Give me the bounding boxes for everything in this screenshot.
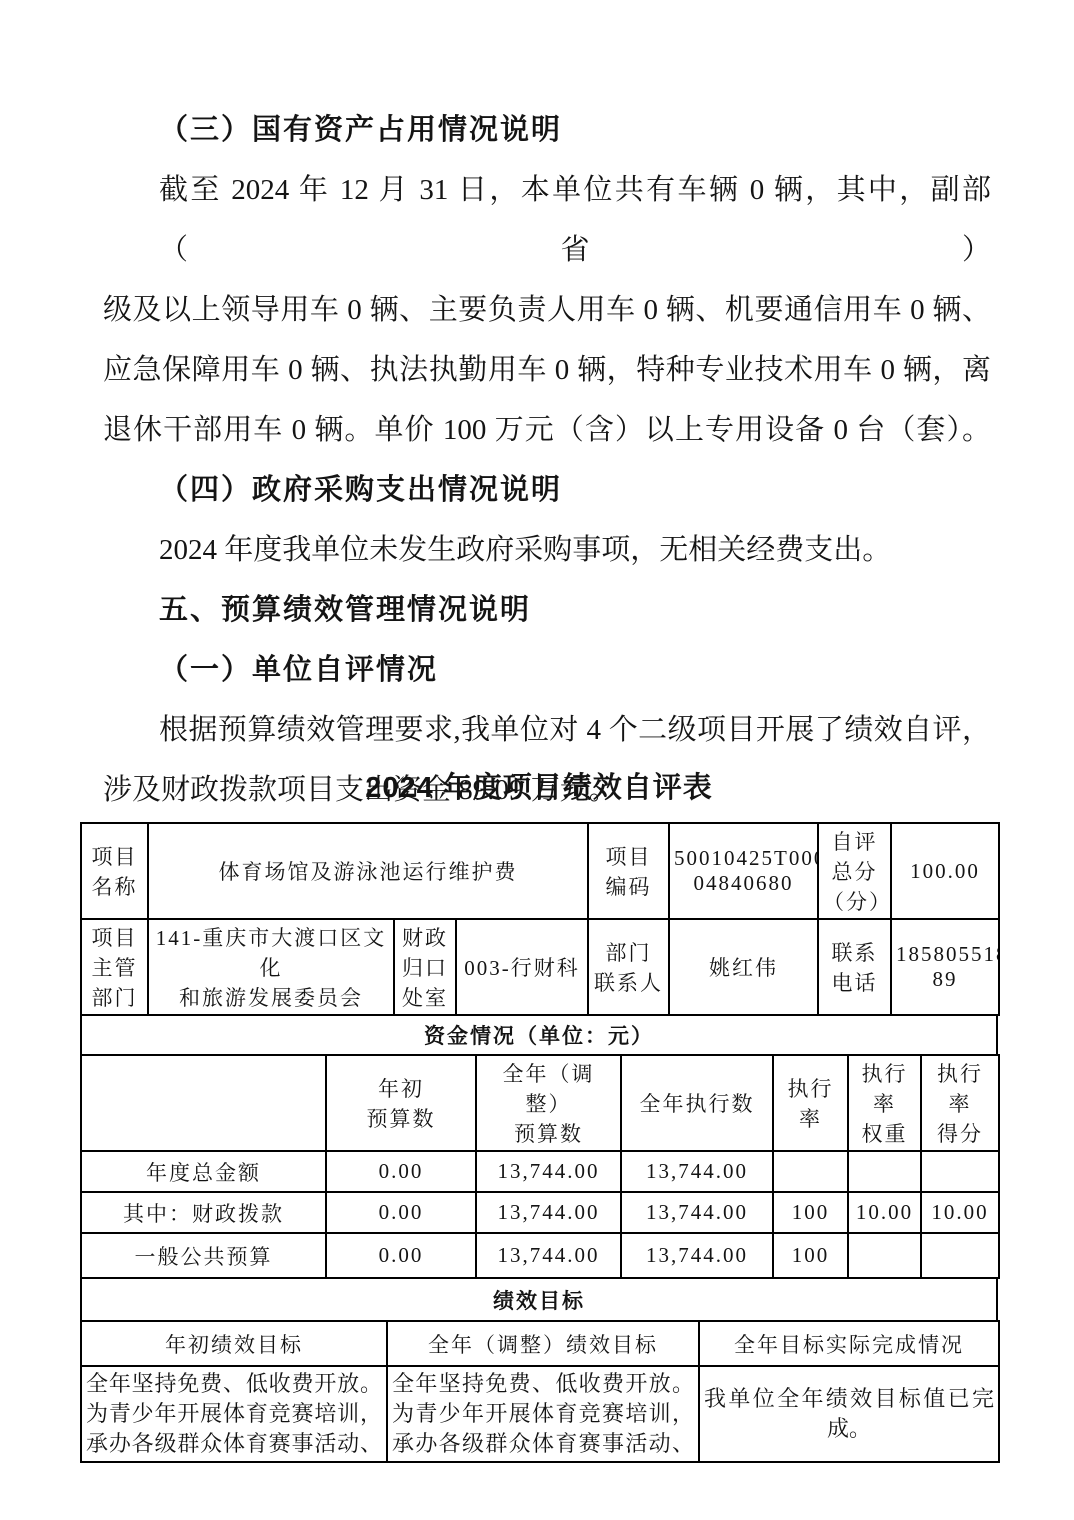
goal-text-line: 承办各级群众体育赛事活动、 [392,1429,694,1459]
heading-budget-performance: 五、预算绩效管理情况说明 [103,580,991,640]
funds-corner-cell [81,1055,326,1151]
finance-office-value: 003-行财科 [456,919,588,1015]
table-title: 2024 年度项目绩效自评表 [80,758,998,818]
goal-text-line: 成。 [704,1414,994,1444]
body-text-block: （三）国有资产占用情况说明 截至 2024 年 12 月 31 日，本单位共有车… [103,100,991,820]
table-row: 项目 名称 体育场馆及游泳池运行维护费 项目 编码 50010425T0000 … [81,823,999,919]
table-row: 项目 主管 部门 141-重庆市大渡口区文化 和旅游发展委员会 财政 归口 处室… [81,919,999,1015]
paragraph-line: 级及以上领导用车 0 辆、主要负责人用车 0 辆、机要通信用车 0 辆、 [103,280,991,340]
col-header-initial-budget: 年初 预算数 [326,1055,476,1151]
project-info-table: 项目 名称 体育场馆及游泳池运行维护费 项目 编码 50010425T0000 … [80,822,1000,1016]
project-name-label: 项目 名称 [81,823,148,919]
self-score-label: 自评 总分 （分） [818,823,891,919]
phone-value: 185805518 89 [891,919,999,1015]
project-name-value: 体育场馆及游泳池运行维护费 [148,823,588,919]
paragraph-line: 应急保障用车 0 辆、执法执勤用车 0 辆，特种专业技术用车 0 辆，离 [103,340,991,400]
dept-contact-value: 姚红伟 [669,919,818,1015]
row-label: 一般公共预算 [81,1233,326,1278]
goals-table: 年初绩效目标 全年（调整）绩效目标 全年目标实际完成情况 全年坚持免费、低收费开… [80,1320,1000,1463]
table-row: 资金情况（单位：元） [81,1015,997,1055]
initial-budget-value: 0.00 [326,1192,476,1233]
rate-weight-value [848,1233,921,1278]
funds-banner-table: 资金情况（单位：元） [80,1014,998,1056]
paragraph-line: 截至 2024 年 12 月 31 日，本单位共有车辆 0 辆，其中，副部（省） [103,160,991,280]
rate-score-value: 10.00 [921,1192,999,1233]
executed-value: 13,744.00 [621,1151,773,1192]
goal-text-line: 我单位全年绩效目标值已完 [704,1384,994,1414]
col-header-adjusted-budget: 全年（调整） 预算数 [476,1055,621,1151]
execution-rate-value: 100 [773,1233,848,1278]
funds-row-fiscal: 其中：财政拨款 0.00 13,744.00 13,744.00 100 10.… [81,1192,999,1233]
rate-score-value [921,1233,999,1278]
col-header-rate-weight: 执行率 权重 [848,1055,921,1151]
funds-header-row: 年初 预算数 全年（调整） 预算数 全年执行数 执行率 执行率 权重 执行率 得… [81,1055,999,1151]
initial-goals-cell: 全年坚持免费、低收费开放。 为青少年开展体育竞赛培训， 承办各级群众体育赛事活动… [81,1366,387,1462]
self-score-value: 100.00 [891,823,999,919]
heading-state-assets: （三）国有资产占用情况说明 [103,100,991,160]
finance-office-label: 财政 归口 处室 [394,919,456,1015]
rate-weight-value [848,1151,921,1192]
project-code-label: 项目 编码 [588,823,669,919]
funds-table: 年初 预算数 全年（调整） 预算数 全年执行数 执行率 执行率 权重 执行率 得… [80,1054,1000,1279]
col-header-execution-rate: 执行率 [773,1055,848,1151]
goal-text-line: 全年坚持免费、低收费开放。 [86,1369,382,1399]
adjusted-goals-cell: 全年坚持免费、低收费开放。 为青少年开展体育竞赛培训， 承办各级群众体育赛事活动… [387,1366,699,1462]
paragraph-line: 根据预算绩效管理要求,我单位对 4 个二级项目开展了绩效自评， [103,700,991,760]
goals-content-row: 全年坚持免费、低收费开放。 为青少年开展体育竞赛培训， 承办各级群众体育赛事活动… [81,1366,999,1462]
goals-header-row: 年初绩效目标 全年（调整）绩效目标 全年目标实际完成情况 [81,1321,999,1366]
col-header-goal-completion: 全年目标实际完成情况 [699,1321,999,1366]
row-label: 年度总金额 [81,1151,326,1192]
col-header-initial-goals: 年初绩效目标 [81,1321,387,1366]
rate-score-value [921,1151,999,1192]
col-header-rate-score: 执行率 得分 [921,1055,999,1151]
paragraph-line: 2024 年度我单位未发生政府采购事项，无相关经费支出。 [103,520,991,580]
initial-budget-value: 0.00 [326,1233,476,1278]
col-header-adjusted-goals: 全年（调整）绩效目标 [387,1321,699,1366]
phone-label: 联系 电话 [818,919,891,1015]
adjusted-budget-value: 13,744.00 [476,1233,621,1278]
project-code-value: 50010425T0000 04840680 [669,823,818,919]
funds-row-public-budget: 一般公共预算 0.00 13,744.00 13,744.00 100 [81,1233,999,1278]
initial-budget-value: 0.00 [326,1151,476,1192]
document-page: （三）国有资产占用情况说明 截至 2024 年 12 月 31 日，本单位共有车… [0,0,1074,1520]
table-row: 绩效目标 [81,1278,997,1321]
goal-text-line: 全年坚持免费、低收费开放。 [392,1369,694,1399]
col-header-executed: 全年执行数 [621,1055,773,1151]
goal-completion-cell: 我单位全年绩效目标值已完 成。 [699,1366,999,1462]
execution-rate-value [773,1151,848,1192]
dept-contact-label: 部门 联系人 [588,919,669,1015]
heading-self-evaluation: （一）单位自评情况 [103,640,991,700]
funds-banner: 资金情况（单位：元） [81,1015,997,1055]
adjusted-budget-value: 13,744.00 [476,1192,621,1233]
goal-text-line: 为青少年开展体育竞赛培训， [86,1399,382,1429]
goals-banner: 绩效目标 [81,1278,997,1321]
paragraph-line: 退休干部用车 0 辆。单价 100 万元（含）以上专用设备 0 台（套）。 [103,400,991,460]
supervising-dept-value: 141-重庆市大渡口区文化 和旅游发展委员会 [148,919,394,1015]
row-label: 其中：财政拨款 [81,1192,326,1233]
heading-gov-procurement: （四）政府采购支出情况说明 [103,460,991,520]
adjusted-budget-value: 13,744.00 [476,1151,621,1192]
funds-row-total: 年度总金额 0.00 13,744.00 13,744.00 [81,1151,999,1192]
goals-banner-table: 绩效目标 [80,1277,998,1322]
rate-weight-value: 10.00 [848,1192,921,1233]
execution-rate-value: 100 [773,1192,848,1233]
goal-text-line: 承办各级群众体育赛事活动、 [86,1429,382,1459]
executed-value: 13,744.00 [621,1192,773,1233]
executed-value: 13,744.00 [621,1233,773,1278]
self-evaluation-table: 项目 名称 体育场馆及游泳池运行维护费 项目 编码 50010425T0000 … [80,822,998,1463]
supervising-dept-label: 项目 主管 部门 [81,919,148,1015]
goal-text-line: 为青少年开展体育竞赛培训， [392,1399,694,1429]
